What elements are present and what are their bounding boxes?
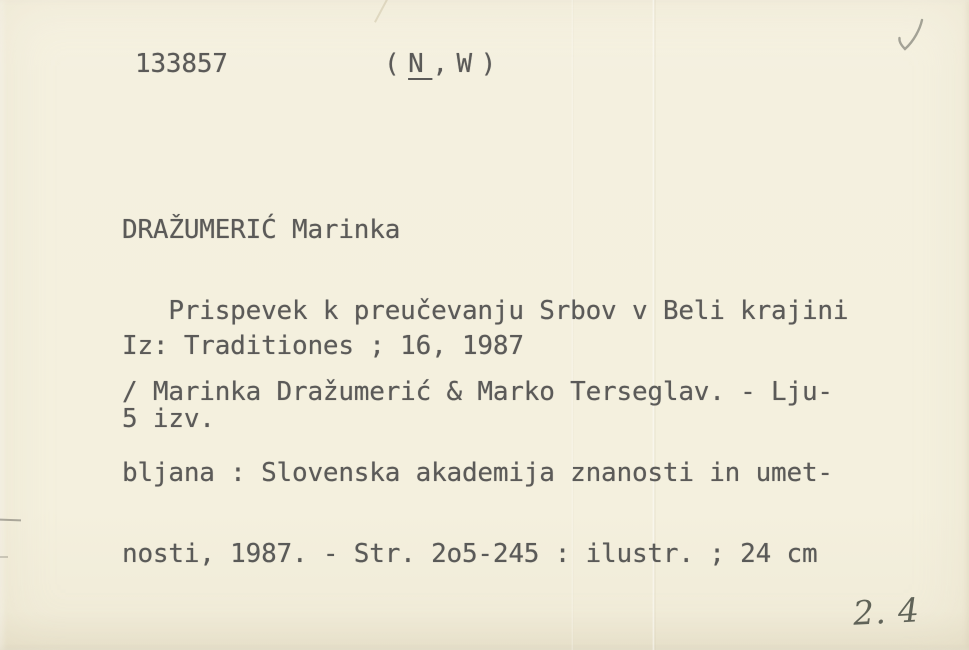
entry-line: nosti, 1987. - Str. 2o5-245 : ilustr. ; … [122,541,848,568]
entry-heading-line: DRAŽUMERIĆ Marinka [122,217,848,244]
accession-number: 133857 [135,51,228,78]
pencil-mark [0,519,21,522]
copies-note: 5 izv. [122,406,215,433]
classification-rest: ,W) [432,49,504,79]
entry-line: Prispevek k preučevanju Srbov v Beli kra… [122,298,848,325]
library-catalog-card: 133857 (N,W) DRAŽUMERIĆ Marinka Prispeve… [0,0,969,650]
classification-code: (N,W) [384,51,505,78]
pencil-mark-faint [0,556,8,558]
handwritten-shelf-number: 2. 4 [852,590,921,632]
entry-line: / Marinka Dražumerić & Marko Terseglav. … [122,379,848,406]
entry-line: bljana : Slovenska akademija znanosti in… [122,460,848,487]
checkmark-icon [891,16,929,62]
source-note: Iz: Traditiones ; 16, 1987 [122,333,524,360]
paper-crease-diagonal [374,0,390,23]
classification-underlined-letter: N [408,49,432,79]
bibliographic-entry: DRAŽUMERIĆ Marinka Prispevek k preučevan… [122,163,848,622]
classification-open-paren: ( [384,49,408,79]
